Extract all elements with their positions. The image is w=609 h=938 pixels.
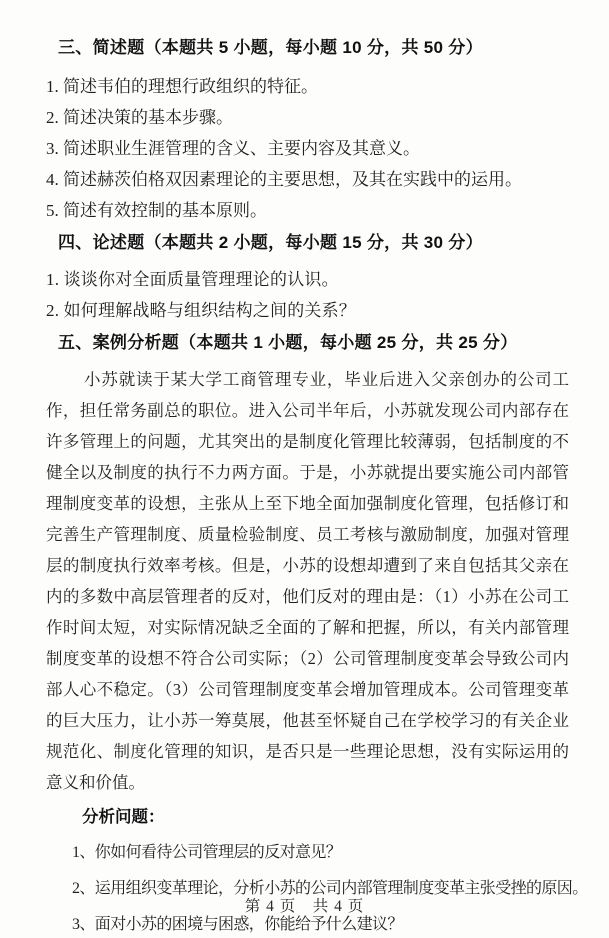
analysis-question-item: 1、你如何看待公司管理层的反对意见？ [72,837,569,868]
question-item: 2. 如何理解战略与组织结构之间的关系？ [46,295,569,326]
exam-page: 三、简述题（本题共 5 小题，每小题 10 分，共 50 分） 1. 简述韦伯的… [0,0,609,938]
question-item: 5. 简述有效控制的基本原则。 [46,195,569,226]
section-case-analysis: 五、案例分析题（本题共 1 小题，每小题 25 分，共 25 分） 小苏就读于某… [46,327,569,938]
question-item: 2. 简述决策的基本步骤。 [46,102,569,133]
question-item: 1. 简述韦伯的理想行政组织的特征。 [46,71,569,102]
question-item: 4. 简述赫茨伯格双因素理论的主要思想，及其在实践中的运用。 [46,164,569,195]
page-number-footer: 第 4 页 共 4 页 [0,894,609,916]
section-short-answer: 三、简述题（本题共 5 小题，每小题 10 分，共 50 分） 1. 简述韦伯的… [46,32,569,226]
section-short-answer-heading: 三、简述题（本题共 5 小题，每小题 10 分，共 50 分） [58,32,569,64]
section-essay-heading: 四、论述题（本题共 2 小题，每小题 15 分，共 30 分） [58,227,569,259]
question-item: 1. 谈谈你对全面质量管理理论的认识。 [46,264,569,295]
analysis-questions-heading: 分析问题： [82,802,569,833]
section-essay: 四、论述题（本题共 2 小题，每小题 15 分，共 30 分） 1. 谈谈你对全… [46,227,569,326]
case-description: 小苏就读于某大学工商管理专业，毕业后进入父亲创办的公司工作，担任常务副总的职位。… [46,364,569,798]
question-item: 3. 简述职业生涯管理的含义、主要内容及其意义。 [46,133,569,164]
section-case-analysis-heading: 五、案例分析题（本题共 1 小题，每小题 25 分，共 25 分） [58,327,569,359]
